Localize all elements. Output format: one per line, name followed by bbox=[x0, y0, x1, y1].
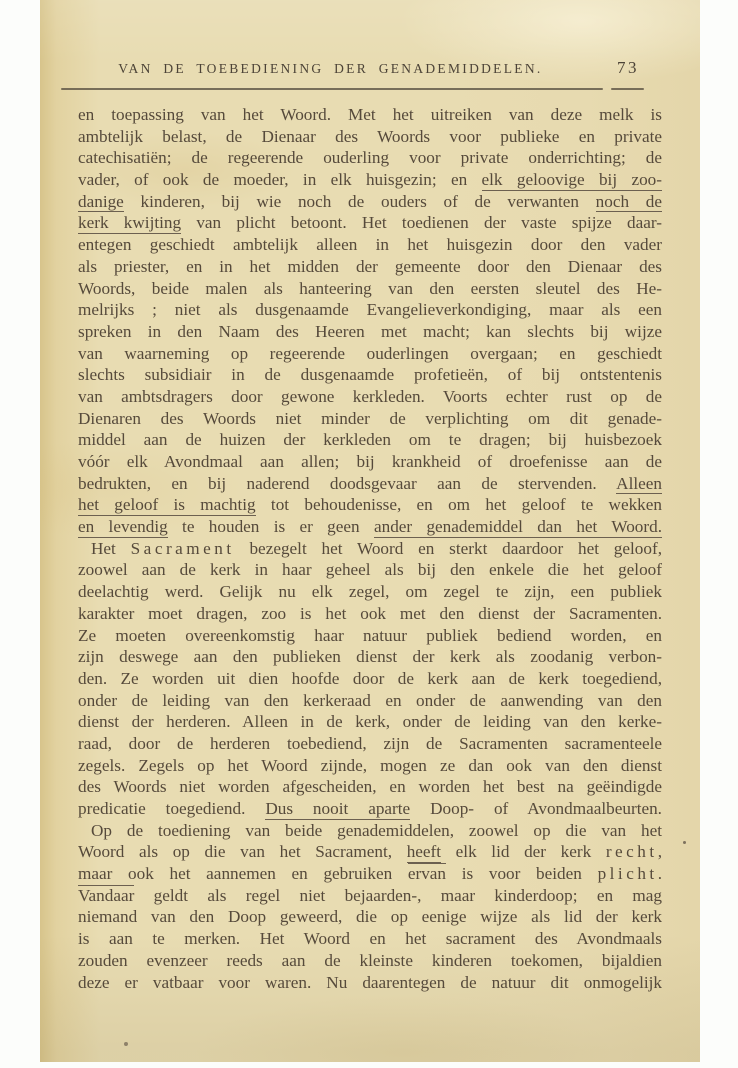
ink-speck bbox=[124, 1042, 128, 1046]
text-run: deelachtig werd. Gelijk nu elk zegel, om… bbox=[78, 582, 662, 601]
text-line: maar ook het aannemen en gebruiken ervan… bbox=[78, 863, 662, 885]
text-line: en toepassing van het Woord. Met het uit… bbox=[78, 104, 662, 126]
text-run: is aan te merken. Het Woord en het sacra… bbox=[78, 929, 662, 948]
header-rule-page-number-segment bbox=[611, 88, 644, 90]
text-run: als priester, en in het midden der gemee… bbox=[78, 257, 662, 276]
text-run: slechts subsidiair in de dusgenaamde pro… bbox=[78, 365, 662, 384]
text-run: entegen geschiedt ambtelijk alleen in he… bbox=[78, 235, 662, 254]
pencil-underlined-text: Alleen bbox=[616, 474, 662, 495]
text-line: predicatie toegediend. Dus nooit aparte … bbox=[78, 798, 662, 820]
text-run: elk lid der kerk bbox=[441, 842, 606, 861]
text-run: raad, door de herderen toebediend, zijn … bbox=[78, 734, 662, 753]
text-run: melrijks ; niet als dusgenaamde Evangeli… bbox=[78, 300, 662, 319]
text-run: vader, of ook de moeder, in elk huisgezi… bbox=[78, 170, 482, 189]
text-run: spreken in den Naam des Heeren met macht… bbox=[78, 322, 662, 341]
text-line: zegels. Zegels op het Woord zijnde, moge… bbox=[78, 755, 662, 777]
text-line: kerk kwijting van plicht betoont. Het to… bbox=[78, 212, 662, 234]
text-run: Woords, beide malen als hanteering van d… bbox=[78, 279, 662, 298]
text-line: is aan te merken. Het Woord en het sacra… bbox=[78, 928, 662, 950]
text-run: van waarneming op regeerende ouderlingen… bbox=[78, 344, 662, 363]
text-line: niemand van den Doop geweerd, die op een… bbox=[78, 906, 662, 928]
text-run: te houden is er geen bbox=[168, 517, 374, 536]
letterspaced-text: recht bbox=[606, 842, 658, 861]
text-line: van waarneming op regeerende ouderlingen… bbox=[78, 343, 662, 365]
body-text: en toepassing van het Woord. Met het uit… bbox=[78, 104, 662, 993]
text-run: van ambtsdragers door gewone kerkleden. … bbox=[78, 387, 662, 406]
text-run: Dienaren des Woords niet minder de verpl… bbox=[78, 409, 662, 428]
header-rule bbox=[61, 88, 603, 90]
text-run: onder de leiding van den kerkeraad en on… bbox=[78, 691, 662, 710]
text-line: catechisatiën; de regeerende ouderling v… bbox=[78, 147, 662, 169]
text-line: bedrukten, en bij naderend doodsgevaar a… bbox=[78, 473, 662, 495]
text-line: des Woords niet worden afgescheiden, en … bbox=[78, 776, 662, 798]
text-run: catechisatiën; de regeerende ouderling v… bbox=[78, 148, 662, 167]
running-head-title: VAN DE TOEBEDIENING DER GENADEMIDDELEN. bbox=[40, 61, 621, 77]
text-line: deze er vatbaar voor waren. Nu daarenteg… bbox=[78, 972, 662, 994]
text-line: onder de leiding van den kerkeraad en on… bbox=[78, 690, 662, 712]
text-line: Vandaar geldt als regel niet bejaarden-,… bbox=[78, 885, 662, 907]
text-line: spreken in den Naam des Heeren met macht… bbox=[78, 321, 662, 343]
letterspaced-text: plicht bbox=[598, 864, 658, 883]
text-run: predicatie toegediend. bbox=[78, 799, 265, 818]
text-run: . bbox=[658, 864, 662, 883]
text-run: maar ook het aannemen en gebruiken bbox=[78, 864, 408, 883]
text-run: dienst der herderen. Alleen in de kerk, … bbox=[78, 712, 662, 731]
pencil-underlined-text: het geloof is machtig bbox=[78, 495, 256, 516]
text-run: Woord als op die van het Sacrament, bbox=[78, 842, 407, 861]
text-run: tot behoudenisse, en om het geloof te we… bbox=[256, 495, 662, 514]
page-number: 73 bbox=[617, 58, 639, 78]
text-run: ambtelijk belast, de Dienaar des Woords … bbox=[78, 127, 662, 146]
text-line: raad, door de herderen toebediend, zijn … bbox=[78, 733, 662, 755]
scan-page: VAN DE TOEBEDIENING DER GENADEMIDDELEN. … bbox=[40, 0, 700, 1062]
text-run: des Woords niet worden afgescheiden, en … bbox=[78, 777, 662, 796]
ink-speck bbox=[683, 841, 686, 844]
pencil-underlined-text: Dus nooit aparte bbox=[265, 799, 410, 820]
pencil-underlined-text: danige bbox=[78, 192, 124, 213]
text-line: danige kinderen, bij wie noch de ouders … bbox=[78, 191, 662, 213]
text-run: bezegelt het Woord en sterkt daardoor he… bbox=[235, 539, 662, 558]
text-run: van plicht betoont. Het toedienen der va… bbox=[181, 213, 662, 232]
text-line: middel aan de huizen der kerkleden om te… bbox=[78, 429, 662, 451]
text-run: zouden evenzeer reeds aan de kleinste ki… bbox=[78, 951, 662, 970]
text-line: als priester, en in het midden der gemee… bbox=[78, 256, 662, 278]
text-line: entegen geschiedt ambtelijk alleen in he… bbox=[78, 234, 662, 256]
text-run: niemand van den Doop geweerd, die op een… bbox=[78, 907, 662, 926]
text-line: zouden evenzeer reeds aan de kleinste ki… bbox=[78, 950, 662, 972]
pencil-underlined-text: kerk kwijting bbox=[78, 213, 181, 234]
text-line: Woords, beide malen als hanteering van d… bbox=[78, 278, 662, 300]
text-line: vóór elk Avondmaal aan allen; bij krankh… bbox=[78, 451, 662, 473]
text-line: vader, of ook de moeder, in elk huisgezi… bbox=[78, 169, 662, 191]
paragraph: Op de toediening van beide genademiddele… bbox=[78, 820, 662, 994]
text-line: melrijks ; niet als dusgenaamde Evangeli… bbox=[78, 299, 662, 321]
text-line: zijn deswege aan den publieken dienst de… bbox=[78, 646, 662, 668]
text-run: zegels. Zegels op het Woord zijnde, moge… bbox=[78, 756, 662, 775]
text-line: van ambtsdragers door gewone kerkleden. … bbox=[78, 386, 662, 408]
pencil-underlined-text: noch de bbox=[596, 192, 662, 213]
text-run: middel aan de huizen der kerkleden om te… bbox=[78, 430, 662, 449]
text-run: Op de toediening van beide genademiddele… bbox=[91, 821, 662, 840]
paragraph: en toepassing van het Woord. Met het uit… bbox=[78, 104, 662, 538]
pencil-overlined-text: Vandaar bbox=[78, 885, 134, 905]
text-run: kinderen, bij wie noch de ouders of de v… bbox=[124, 192, 596, 211]
text-run: Het bbox=[91, 539, 131, 558]
text-run: en toepassing van het Woord. Met het uit… bbox=[78, 105, 662, 124]
paragraph: Het Sacrament bezegelt het Woord en ster… bbox=[78, 538, 662, 820]
pencil-overlined-text: ervan bbox=[408, 863, 446, 883]
text-run: karakter moet dragen, zoo is het ook met… bbox=[78, 604, 662, 623]
text-line: en levendig te houden is er geen ander g… bbox=[78, 516, 662, 538]
text-run: den. Ze worden uit dien hoofde door de k… bbox=[78, 669, 662, 688]
pencil-underlined-text: elk geloovige bij zoo- bbox=[482, 170, 662, 191]
text-run: vóór elk Avondmaal aan allen; bij krankh… bbox=[78, 452, 662, 471]
text-line: den. Ze worden uit dien hoofde door de k… bbox=[78, 668, 662, 690]
pencil-underlined-text: en levendig bbox=[78, 517, 168, 538]
pencil-underlined-text: heeft bbox=[407, 842, 441, 863]
text-run: zoowel aan de kerk in haar geheel als bi… bbox=[78, 560, 662, 579]
text-run: , bbox=[658, 842, 662, 861]
text-line: Ze moeten overeenkomstig haar natuur pub… bbox=[78, 625, 662, 647]
text-run: Doop- of Avondmaalbeurten. bbox=[410, 799, 662, 818]
text-line: Het Sacrament bezegelt het Woord en ster… bbox=[78, 538, 662, 560]
text-run: deze er vatbaar voor waren. Nu daarenteg… bbox=[78, 973, 662, 992]
text-line: Woord als op die van het Sacrament, heef… bbox=[78, 841, 662, 863]
letterspaced-text: Sacrament bbox=[131, 539, 235, 558]
pencil-underlined-text: ander genademiddel dan het Woord. bbox=[374, 517, 662, 538]
text-line: ambtelijk belast, de Dienaar des Woords … bbox=[78, 126, 662, 148]
text-line: slechts subsidiair in de dusgenaamde pro… bbox=[78, 364, 662, 386]
text-run: bedrukten, en bij naderend doodsgevaar a… bbox=[78, 474, 616, 493]
text-line: dienst der herderen. Alleen in de kerk, … bbox=[78, 711, 662, 733]
text-run: is voor beiden bbox=[446, 864, 598, 883]
text-line: zoowel aan de kerk in haar geheel als bi… bbox=[78, 559, 662, 581]
text-line: karakter moet dragen, zoo is het ook met… bbox=[78, 603, 662, 625]
screenshot-root: { "colors": { "paper": "#e8dcb2", "paper… bbox=[0, 0, 738, 1068]
text-line: deelachtig werd. Gelijk nu elk zegel, om… bbox=[78, 581, 662, 603]
text-run: zijn deswege aan den publieken dienst de… bbox=[78, 647, 662, 666]
text-line: het geloof is machtig tot behoudenisse, … bbox=[78, 494, 662, 516]
text-line: Dienaren des Woords niet minder de verpl… bbox=[78, 408, 662, 430]
text-line: Op de toediening van beide genademiddele… bbox=[78, 820, 662, 842]
text-run: geldt als regel niet bejaarden-, maar ki… bbox=[134, 886, 662, 905]
text-run: Ze moeten overeenkomstig haar natuur pub… bbox=[78, 626, 662, 645]
